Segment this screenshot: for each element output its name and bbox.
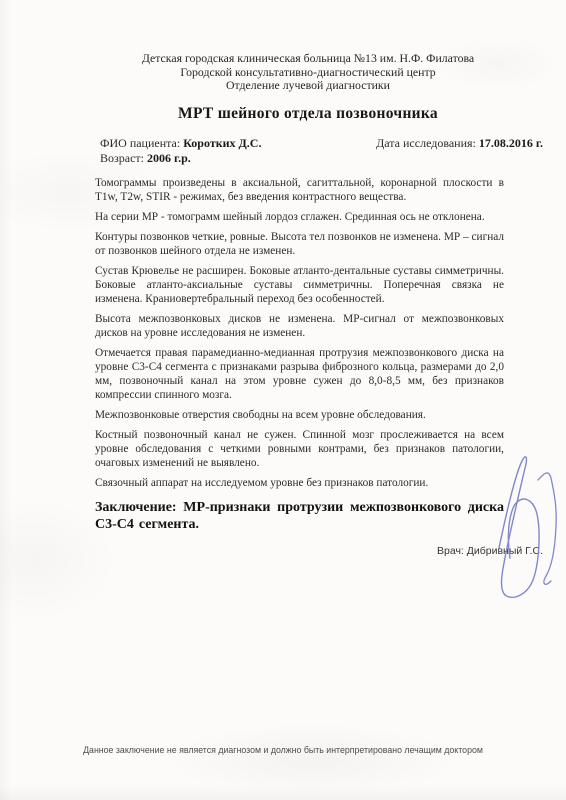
report-paragraph: Томограммы произведены в аксиальной, саг… bbox=[95, 176, 504, 204]
clinic-unit: Отделение лучевой диагностики bbox=[58, 79, 558, 93]
report-paragraph: На серии МР - томограмм шейный лордоз сг… bbox=[95, 210, 504, 224]
scanned-report-page: Детская городская клиническая больница №… bbox=[0, 0, 566, 800]
study-date-row: Дата исследования: 17.08.2016 г. bbox=[376, 136, 543, 151]
report-paragraph: Межпозвонковые отверстия свободны на все… bbox=[95, 408, 504, 422]
patient-left-column: ФИО пациента: Коротких Д.С. Возраст: 200… bbox=[100, 136, 261, 166]
report-paragraph: Связочный аппарат на исследуемом уровне … bbox=[95, 476, 504, 490]
report-paragraph: Высота межпозвонковых дисков не изменена… bbox=[95, 312, 504, 340]
clinic-name: Детская городская клиническая больница №… bbox=[58, 52, 558, 66]
patient-name-label: ФИО пациента: bbox=[100, 136, 180, 150]
patient-name-value: Коротких Д.С. bbox=[183, 136, 261, 150]
study-date-label: Дата исследования: bbox=[376, 136, 476, 150]
study-date-value: 17.08.2016 г. bbox=[479, 136, 543, 150]
clinic-header: Детская городская клиническая больница №… bbox=[58, 0, 558, 93]
report-paragraph: Контуры позвонков четкие, ровные. Высота… bbox=[95, 230, 504, 258]
clinic-department: Городской консультативно-диагностический… bbox=[58, 66, 558, 80]
report-paragraph: Костный позвоночный канал не сужен. Спин… bbox=[95, 428, 504, 470]
patient-info: ФИО пациента: Коротких Д.С. Возраст: 200… bbox=[100, 136, 543, 166]
doctor-name: Дибривный Г.С. bbox=[467, 545, 543, 557]
page-title: МРТ шейного отдела позвоночника bbox=[58, 105, 558, 123]
report-paragraph: Сустав Крювелье не расширен. Боковые атл… bbox=[95, 264, 504, 306]
conclusion-label: Заключение: bbox=[95, 500, 177, 515]
conclusion: Заключение: МР-признаки протрузии межпоз… bbox=[95, 499, 504, 534]
patient-name-row: ФИО пациента: Коротких Д.С. bbox=[100, 136, 261, 151]
patient-age-value: 2006 г.р. bbox=[147, 151, 191, 165]
disclaimer-footer: Данное заключение не является диагнозом … bbox=[0, 745, 566, 755]
patient-age-label: Возраст: bbox=[100, 151, 144, 165]
patient-age-row: Возраст: 2006 г.р. bbox=[100, 151, 261, 166]
report-paragraph: Отмечается правая парамедианно-медианная… bbox=[95, 346, 504, 402]
report-paragraphs: Томограммы произведены в аксиальной, саг… bbox=[95, 176, 504, 490]
doctor-label: Врач: bbox=[437, 545, 464, 557]
doctor-line: Врач: Дибривный Г.С. bbox=[0, 545, 566, 557]
